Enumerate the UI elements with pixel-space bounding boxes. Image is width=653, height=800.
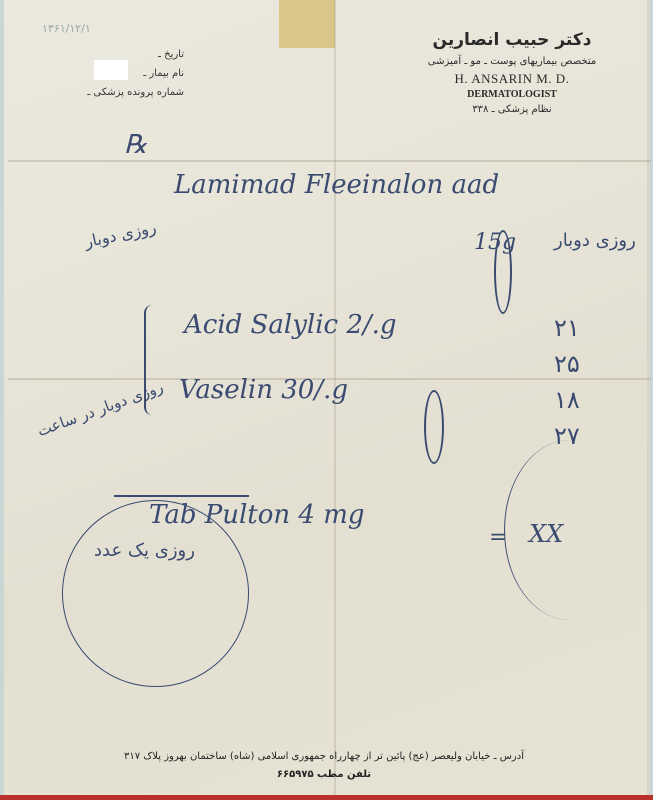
rx-line-3: Vaselin 30/.g bbox=[179, 375, 348, 405]
footer: آدرس ـ خیابان ولیعصر (عج) پائین تر از چه… bbox=[64, 748, 584, 784]
patient-name-label: نام بیمار ـ bbox=[74, 64, 184, 83]
stamp-date: ۱۳۶۱/۱۲/۱ bbox=[42, 22, 91, 35]
background-strip bbox=[0, 795, 653, 800]
tape-patch bbox=[279, 0, 335, 48]
right-numbers: ۲۱ ۲۵ ۱۸ ۲۷ bbox=[554, 310, 580, 454]
license-number: نظام پزشکی ـ ۳۳۸ bbox=[397, 104, 627, 115]
rx-line-1: Lamimad Fleeinalon aad bbox=[174, 170, 499, 200]
doctor-name-en: H. ANSARIN M. D. bbox=[397, 71, 627, 87]
prescription-paper: ۱۳۶۱/۱۲/۱ تاریخ ـ نام بیمار ـ شماره پرون… bbox=[4, 0, 649, 795]
equals-mark: = bbox=[489, 525, 507, 550]
phone: تلفن مطب ۶۶۵۹۷۵ bbox=[64, 766, 584, 784]
title-en: DERMATOLOGIST bbox=[397, 89, 627, 100]
fold-line bbox=[8, 160, 651, 162]
rx-line-2: Acid Salylic 2/.g bbox=[184, 310, 397, 340]
annotation-1: روزی دوبار bbox=[554, 230, 636, 251]
ink-stroke bbox=[494, 230, 512, 314]
rx-line-4-qty: XX bbox=[529, 520, 563, 548]
rx-symbol: ℞ bbox=[124, 130, 147, 160]
number: ۲۱ bbox=[554, 310, 580, 346]
doctor-name-fa: دکتر حبیب انصارین bbox=[397, 30, 627, 50]
number: ۱۸ bbox=[554, 382, 580, 418]
address: آدرس ـ خیابان ولیعصر (عج) پائین تر از چه… bbox=[64, 748, 584, 766]
margin-note-1: روزی دوبار bbox=[83, 218, 158, 252]
number: ۲۵ bbox=[554, 346, 580, 382]
specialty-fa: متخصص بیماریهای پوست ـ مو ـ آمیزشی bbox=[397, 56, 627, 67]
ink-arc bbox=[504, 440, 635, 620]
circled-note: روزی یک عدد bbox=[94, 540, 195, 561]
date-label: تاریخ ـ bbox=[74, 45, 184, 64]
ink-line bbox=[114, 495, 249, 497]
patient-fields: تاریخ ـ نام بیمار ـ شماره پرونده پزشکی ـ bbox=[74, 45, 184, 102]
ink-stroke bbox=[424, 390, 444, 464]
file-number-label: شماره پرونده پزشکی ـ bbox=[74, 83, 184, 102]
letterhead: دکتر حبیب انصارین متخصص بیماریهای پوست ـ… bbox=[397, 30, 627, 115]
